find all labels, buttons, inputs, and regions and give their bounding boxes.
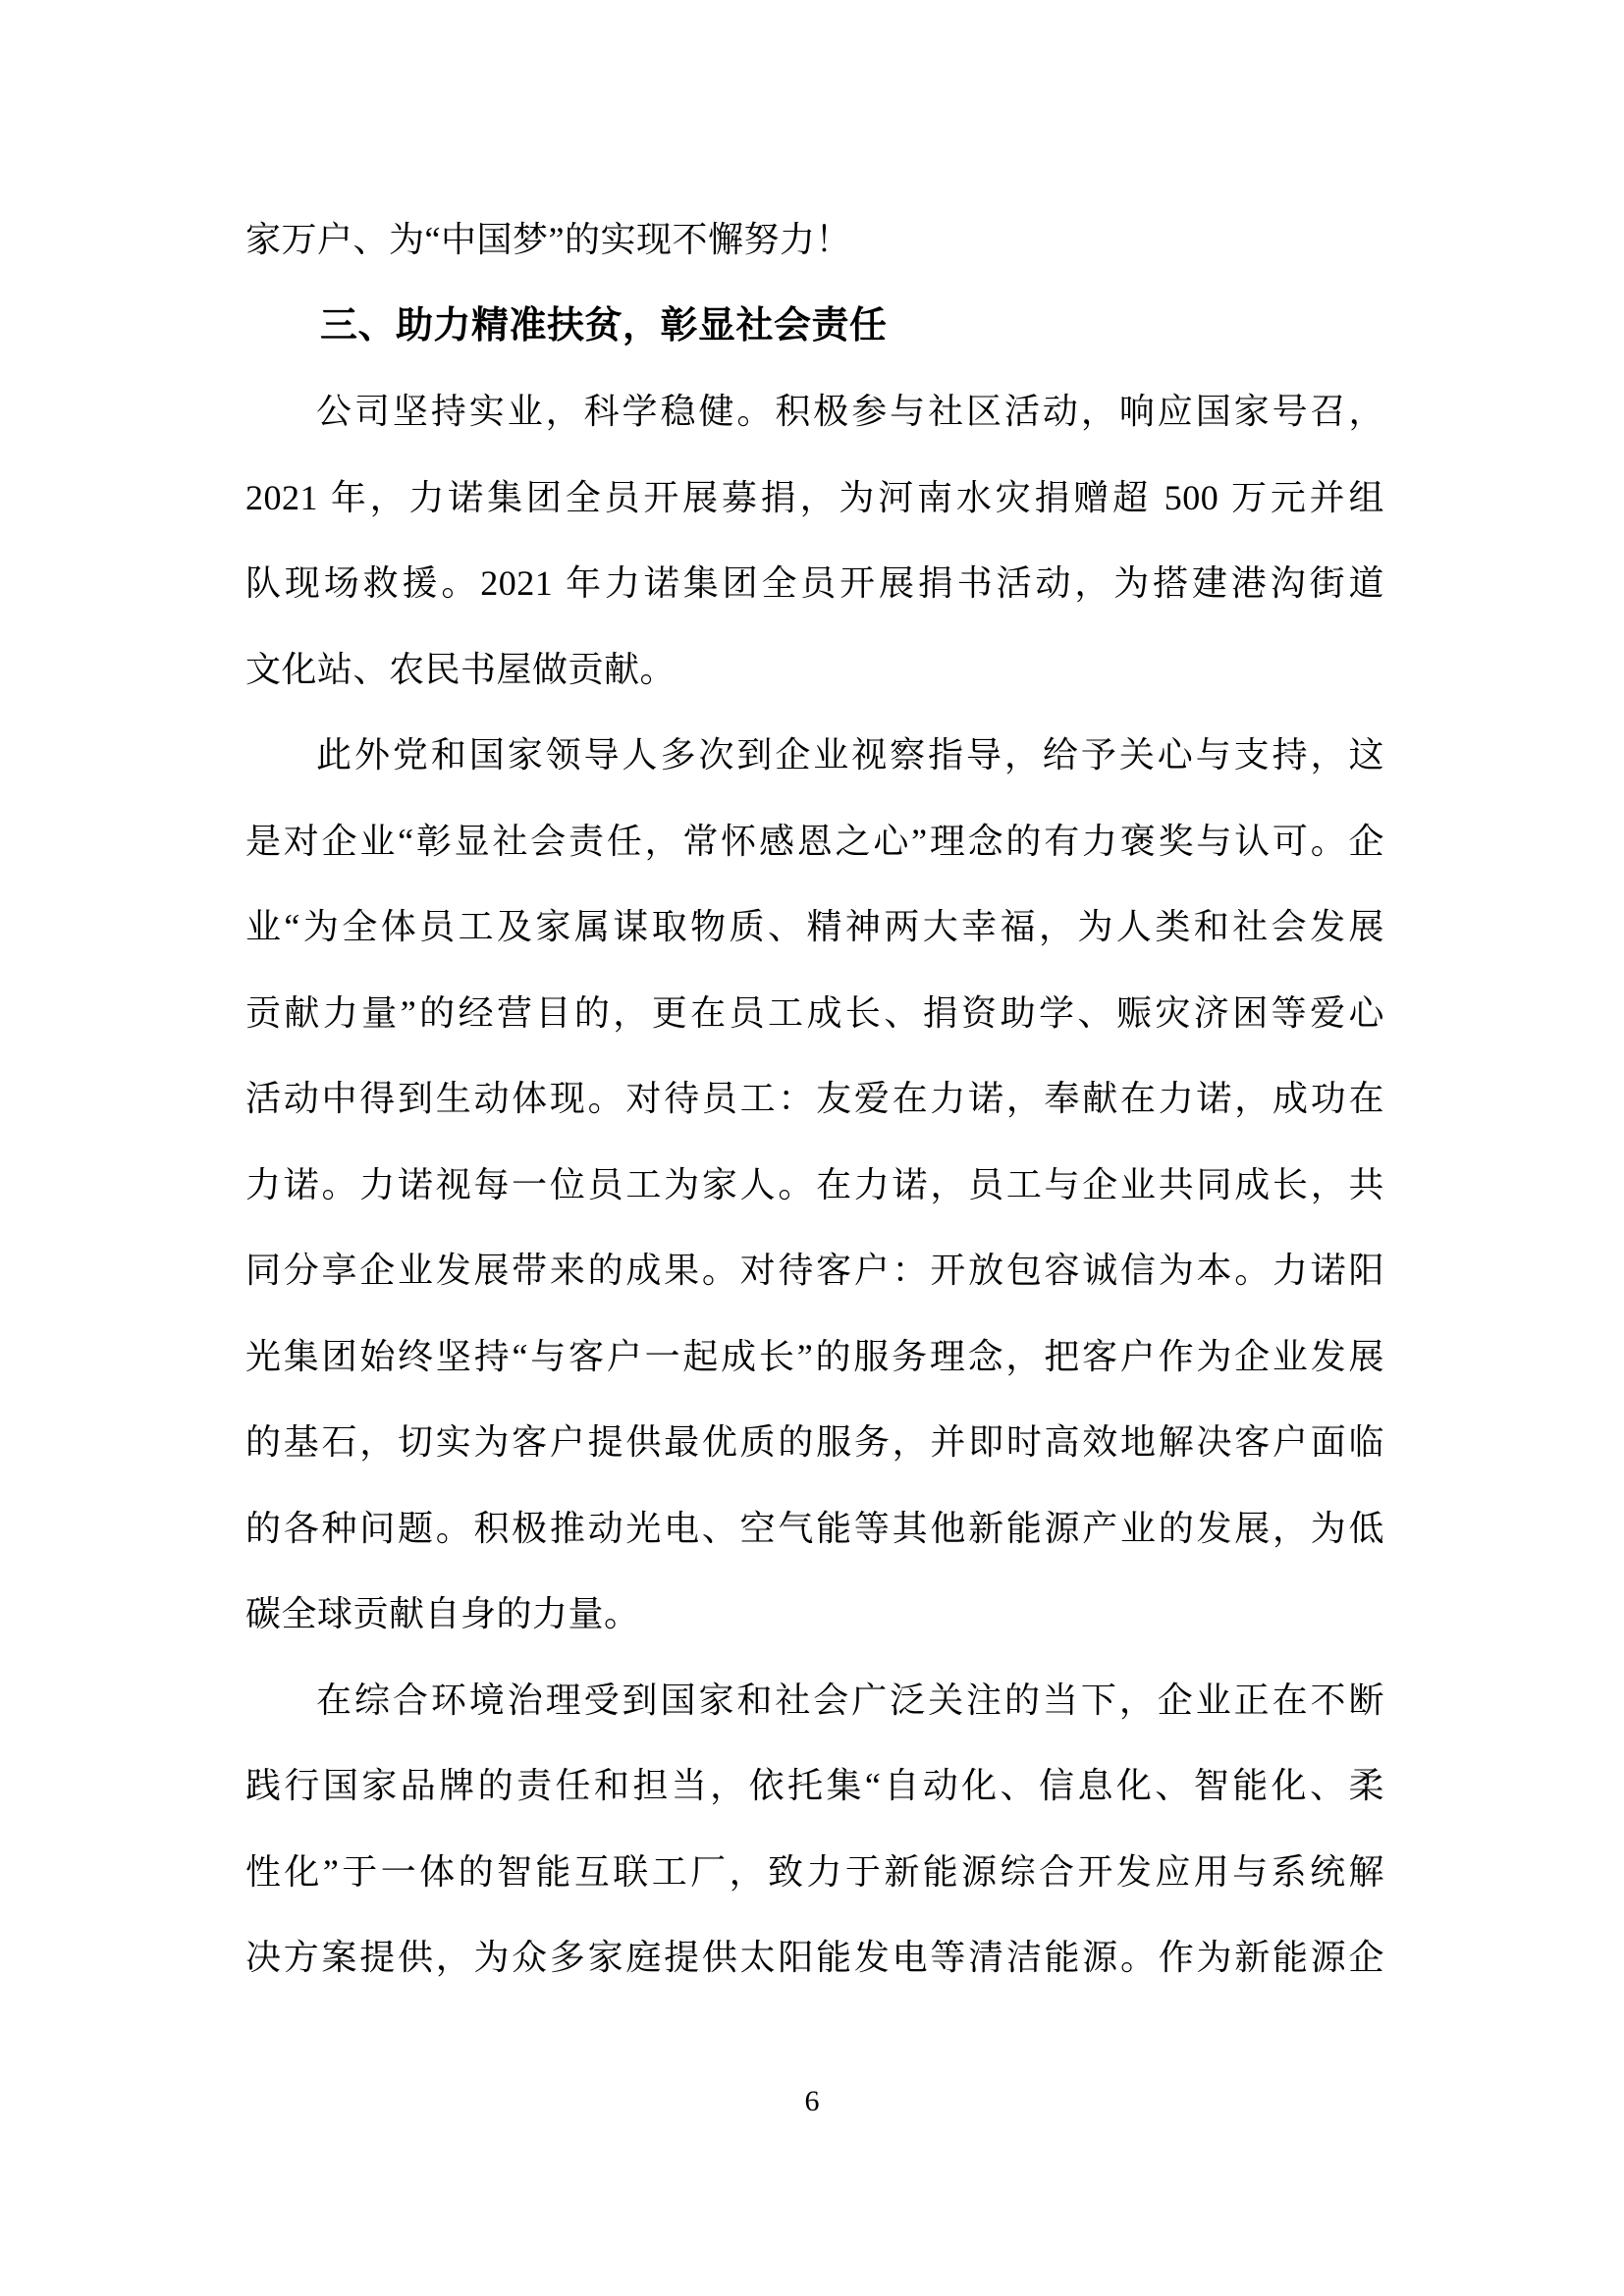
page-body: 家万户、为“中国梦”的实现不懈努力！ 三、助力精准扶贫，彰显社会责任 公司坚持实… [245,197,1384,2002]
paragraph-line: 贡献力量”的经营目的，更在员工成长、捐资助学、赈灾济困等爱心 [245,971,1384,1057]
section-heading: 三、助力精准扶贫，彰显社会责任 [245,284,1384,370]
document-page: 家万户、为“中国梦”的实现不懈努力！ 三、助力精准扶贫，彰显社会责任 公司坚持实… [0,0,1624,2296]
paragraph-line: 践行国家品牌的责任和担当，依托集“自动化、信息化、智能化、柔 [245,1743,1384,1830]
paragraph-line: 力诺。力诺视每一位员工为家人。在力诺，员工与企业共同成长，共 [245,1143,1384,1229]
paragraph-line: 同分享企业发展带来的成果。对待客户：开放包容诚信为本。力诺阳 [245,1228,1384,1314]
paragraph-line: 的各种问题。积极推动光电、空气能等其他新能源产业的发展，为低 [245,1486,1384,1573]
paragraph-line: 活动中得到生动体现。对待员工：友爱在力诺，奉献在力诺，成功在 [245,1056,1384,1143]
paragraph-line: 决方案提供，为众多家庭提供太阳能发电等清洁能源。作为新能源企 [245,1915,1384,2002]
page-number: 6 [0,2081,1624,2122]
continuation-line: 家万户、为“中国梦”的实现不懈努力！ [245,197,1384,284]
paragraph-line: 是对企业“彰显社会责任，常怀感恩之心”理念的有力褒奖与认可。企 [245,799,1384,885]
paragraph-line: 在综合环境治理受到国家和社会广泛关注的当下，企业正在不断 [245,1658,1384,1744]
paragraph-line: 光集团始终坚持“与客户一起成长”的服务理念，把客户作为企业发展 [245,1314,1384,1401]
paragraph-line: 文化站、农民书屋做贡献。 [245,627,1384,714]
paragraph-line: 此外党和国家领导人多次到企业视察指导，给予关心与支持，这 [245,713,1384,799]
paragraph-line: 公司坚持实业，科学稳健。积极参与社区活动，响应国家号召， [245,369,1384,455]
paragraph-line: 性化”于一体的智能互联工厂，致力于新能源综合开发应用与系统解 [245,1830,1384,1916]
paragraph-line: 的基石，切实为客户提供最优质的服务，并即时高效地解决客户面临 [245,1400,1384,1486]
paragraph-line: 2021 年，力诺集团全员开展募捐，为河南水灾捐赠超 500 万元并组 [245,455,1384,542]
paragraph-line: 队现场救援。2021 年力诺集团全员开展捐书活动，为搭建港沟街道 [245,541,1384,627]
paragraph-line: 业“为全体员工及家属谋取物质、精神两大幸福，为人类和社会发展 [245,884,1384,971]
paragraph-line: 碳全球贡献自身的力量。 [245,1572,1384,1658]
